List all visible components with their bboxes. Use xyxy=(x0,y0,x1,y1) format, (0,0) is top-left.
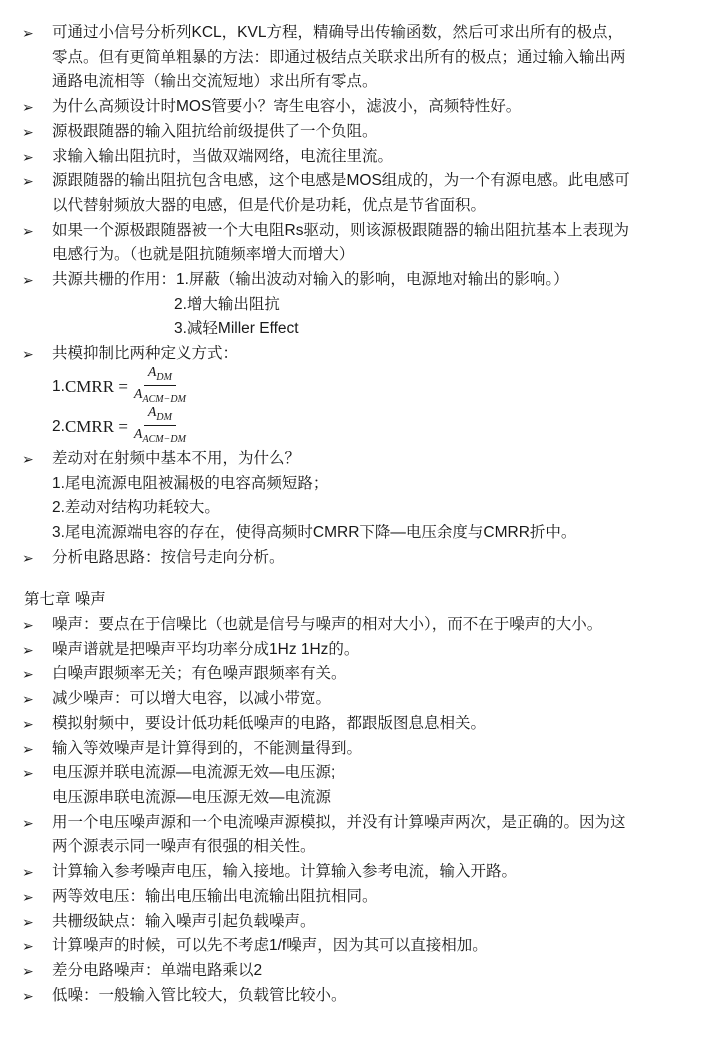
formula-lhs: CMRR = xyxy=(65,377,128,397)
formula-number: 1. xyxy=(52,378,65,396)
cmrr-formula: 2.CMRR =ADMAACM−DM xyxy=(0,407,720,447)
bullet-text-line: 计算输入参考噪声电压，输入接地。计算输入参考电流，输入开路。 xyxy=(52,860,696,885)
cmrr-formula: 1. CMRR =ADMAACM−DM xyxy=(0,367,720,407)
bullet-text: 差动对在射频中基本不用，为什么？ xyxy=(52,447,696,472)
s2-bullet: ➢共栅级缺点：输入噪声引起负载噪声。 xyxy=(0,910,720,935)
cmrr-formulas: 1. CMRR =ADMAACM−DM2.CMRR =ADMAACM−DM xyxy=(0,367,720,447)
s2-bullet: ➢输入等效噪声是计算得到的，不能测量得到。 xyxy=(0,737,720,762)
bullet-text-line: 电压源并联电流源—电流源无效—电压源; xyxy=(52,761,696,786)
fraction: ADMAACM−DM xyxy=(134,405,186,450)
bullet-text-line: 差分电路噪声：单端电路乘以2 xyxy=(52,959,696,984)
bullet-text-line: 计算噪声的时候，可以先不考虑1/f噪声，因为其可以直接相加。 xyxy=(52,934,696,959)
bullet-text-line: 噪声谱就是把噪声平均功率分成1Hz 1Hz的。 xyxy=(52,638,696,663)
bullet-cmrr: ➢ 共模抑制比两种定义方式： xyxy=(0,342,720,367)
bullet-analysis: ➢ 分析电路思路：按信号走向分析。 xyxy=(0,546,720,571)
bullet-cascode: ➢ 共源共栅的作用：1.屏蔽（输出波动对输入的影响，电源地对输出的影响。） xyxy=(0,268,720,293)
bullet-text-line: 两等效电压：输出电压输出电流输出阻抗相同。 xyxy=(52,885,696,910)
numerator: ADM xyxy=(144,405,176,427)
bullet-text-line: 减少噪声：可以增大电容，以减小带宽。 xyxy=(52,687,696,712)
bullet-arrow-icon: ➢ xyxy=(22,959,42,984)
bullet-arrow-icon: ➢ xyxy=(22,169,42,194)
formula-lhs: CMRR = xyxy=(65,417,128,437)
s2-bullet: ➢白噪声跟频率无关；有色噪声跟频率有关。 xyxy=(0,662,720,687)
s2-bullet: ➢噪声谱就是把噪声平均功率分成1Hz 1Hz的。 xyxy=(0,638,720,663)
s1-bullet: ➢为什么高频设计时MOS管要小？寄生电容小，滤波小，高频特性好。 xyxy=(0,95,720,120)
s2-bullet: ➢模拟射频中，要设计低功耗低噪声的电路，都跟版图息息相关。 xyxy=(0,712,720,737)
bullet-text-line: 源极跟随器的输入阻抗给前级提供了一个负阻。 xyxy=(52,120,696,145)
bullet-text-line: 共栅级缺点：输入噪声引起负载噪声。 xyxy=(52,910,696,935)
bullet-text-line: 输入等效噪声是计算得到的，不能测量得到。 xyxy=(52,737,696,762)
bullet-arrow-icon: ➢ xyxy=(22,811,42,836)
bullet-text-line: 低噪：一般输入管比较大，负载管比较小。 xyxy=(52,984,696,1009)
bullet-text: 共模抑制比两种定义方式： xyxy=(52,342,696,367)
s2-bullet: ➢两等效电压：输出电压输出电流输出阻抗相同。 xyxy=(0,885,720,910)
s1-bullet: ➢可通过小信号分析列KCL，KVL方程，精确导出传输函数，然后可求出所有的极点，… xyxy=(0,21,720,95)
bullet-arrow-icon: ➢ xyxy=(22,860,42,885)
s1-bullet: ➢求输入输出阻抗时，当做双端网络，电流往里流。 xyxy=(0,145,720,170)
bullet-arrow-icon: ➢ xyxy=(22,910,42,935)
bullet-arrow-icon: ➢ xyxy=(22,613,42,638)
diffpair-reason-1: 1.尾电流源电阻被漏极的电容高频短路； xyxy=(0,472,720,497)
bullet-arrow-icon: ➢ xyxy=(22,447,42,472)
fraction: ADMAACM−DM xyxy=(134,365,186,410)
bullet-arrow-icon: ➢ xyxy=(22,737,42,762)
bullet-text-line: 用一个电压噪声源和一个电流噪声源模拟，并没有计算噪声两次，是正确的。因为这 xyxy=(52,811,696,836)
section-noise-notes: ➢噪声：要点在于信噪比（也就是信号与噪声的相对大小），而不在于噪声的大小。➢噪声… xyxy=(0,613,720,1008)
bullet-text-line: 如果一个源极跟随器被一个大电阻Rs驱动，则该源极跟随器的输出阻抗基本上表现为 xyxy=(52,219,696,244)
bullet-text: 共源共栅的作用：1.屏蔽（输出波动对输入的影响，电源地对输出的影响。） xyxy=(52,268,696,293)
bullet-text-line: 电压源串联电流源—电压源无效—电流源 xyxy=(52,786,696,811)
bullet-arrow-icon: ➢ xyxy=(22,638,42,663)
bullet-text-line: 噪声：要点在于信噪比（也就是信号与噪声的相对大小），而不在于噪声的大小。 xyxy=(52,613,696,638)
cascode-point-3: 3.减轻Miller Effect xyxy=(0,317,720,342)
bullet-diffpair: ➢ 差动对在射频中基本不用，为什么？ xyxy=(0,447,720,472)
bullet-arrow-icon: ➢ xyxy=(22,145,42,170)
s1-bullet: ➢源跟随器的输出阻抗包含电感，这个电感是MOS组成的，为一个有源电感。此电感可以… xyxy=(0,169,720,218)
bullet-text-line: 电感行为。（也就是阻抗随频率增大而增大） xyxy=(52,243,696,268)
s2-bullet: ➢差分电路噪声：单端电路乘以2 xyxy=(0,959,720,984)
s2-bullet: ➢用一个电压噪声源和一个电流噪声源模拟，并没有计算噪声两次，是正确的。因为这两个… xyxy=(0,811,720,860)
bullet-text-line: 可通过小信号分析列KCL，KVL方程，精确导出传输函数，然后可求出所有的极点， xyxy=(52,21,696,46)
s1-bullet: ➢如果一个源极跟随器被一个大电阻Rs驱动，则该源极跟随器的输出阻抗基本上表现为电… xyxy=(0,219,720,268)
bullet-arrow-icon: ➢ xyxy=(22,219,42,244)
bullet-text-line: 通路电流相等（输出交流短地）求出所有零点。 xyxy=(52,70,696,95)
s1-bullet: ➢源极跟随器的输入阻抗给前级提供了一个负阻。 xyxy=(0,120,720,145)
s2-bullet: ➢噪声：要点在于信噪比（也就是信号与噪声的相对大小），而不在于噪声的大小。 xyxy=(0,613,720,638)
bullet-text: 分析电路思路：按信号走向分析。 xyxy=(52,546,696,571)
formula-number: 2. xyxy=(52,418,65,436)
bullet-arrow-icon: ➢ xyxy=(22,712,42,737)
bullet-text-line: 为什么高频设计时MOS管要小？寄生电容小，滤波小，高频特性好。 xyxy=(52,95,696,120)
document-page: ➢可通过小信号分析列KCL，KVL方程，精确导出传输函数，然后可求出所有的极点，… xyxy=(0,0,720,1008)
bullet-text-line: 白噪声跟频率无关；有色噪声跟频率有关。 xyxy=(52,662,696,687)
section-rf-notes: ➢可通过小信号分析列KCL，KVL方程，精确导出传输函数，然后可求出所有的极点，… xyxy=(0,21,720,268)
bullet-arrow-icon: ➢ xyxy=(22,268,42,293)
bullet-text-line: 以代替射频放大器的电感，但是代价是功耗，优点是节省面积。 xyxy=(52,194,696,219)
bullet-text-line: 模拟射频中，要设计低功耗低噪声的电路，都跟版图息息相关。 xyxy=(52,712,696,737)
bullet-text-line: 源跟随器的输出阻抗包含电感，这个电感是MOS组成的，为一个有源电感。此电感可 xyxy=(52,169,696,194)
bullet-arrow-icon: ➢ xyxy=(22,120,42,145)
bullet-arrow-icon: ➢ xyxy=(22,95,42,120)
bullet-arrow-icon: ➢ xyxy=(22,21,42,46)
bullet-text-line: 两个源表示同一噪声有很强的相关性。 xyxy=(52,835,696,860)
bullet-arrow-icon: ➢ xyxy=(22,984,42,1009)
bullet-arrow-icon: ➢ xyxy=(22,687,42,712)
chapter-heading: 第七章 噪声 xyxy=(0,588,720,613)
s2-bullet: ➢计算噪声的时候，可以先不考虑1/f噪声，因为其可以直接相加。 xyxy=(0,934,720,959)
s2-bullet: ➢电压源并联电流源—电流源无效—电压源;电压源串联电流源—电压源无效—电流源 xyxy=(0,761,720,810)
bullet-arrow-icon: ➢ xyxy=(22,546,42,571)
bullet-arrow-icon: ➢ xyxy=(22,885,42,910)
bullet-arrow-icon: ➢ xyxy=(22,934,42,959)
bullet-arrow-icon: ➢ xyxy=(22,342,42,367)
s2-bullet: ➢减少噪声：可以增大电容，以减小带宽。 xyxy=(0,687,720,712)
bullet-text-line: 求输入输出阻抗时，当做双端网络，电流往里流。 xyxy=(52,145,696,170)
s2-bullet: ➢计算输入参考噪声电压，输入接地。计算输入参考电流，输入开路。 xyxy=(0,860,720,885)
denominator: AACM−DM xyxy=(134,426,186,449)
numerator: ADM xyxy=(144,365,176,387)
bullet-text-line: 零点。但有更简单粗暴的方法：即通过极结点关联求出所有的极点；通过输入输出两 xyxy=(52,46,696,71)
cascode-point-2: 2.增大输出阻抗 xyxy=(0,293,720,318)
diffpair-reason-3: 3.尾电流源端电容的存在，使得高频时CMRR下降—电压余度与CMRR折中。 xyxy=(0,521,720,546)
diffpair-reason-2: 2.差动对结构功耗较大。 xyxy=(0,496,720,521)
bullet-arrow-icon: ➢ xyxy=(22,761,42,786)
s2-bullet: ➢低噪：一般输入管比较大，负载管比较小。 xyxy=(0,984,720,1009)
bullet-arrow-icon: ➢ xyxy=(22,662,42,687)
